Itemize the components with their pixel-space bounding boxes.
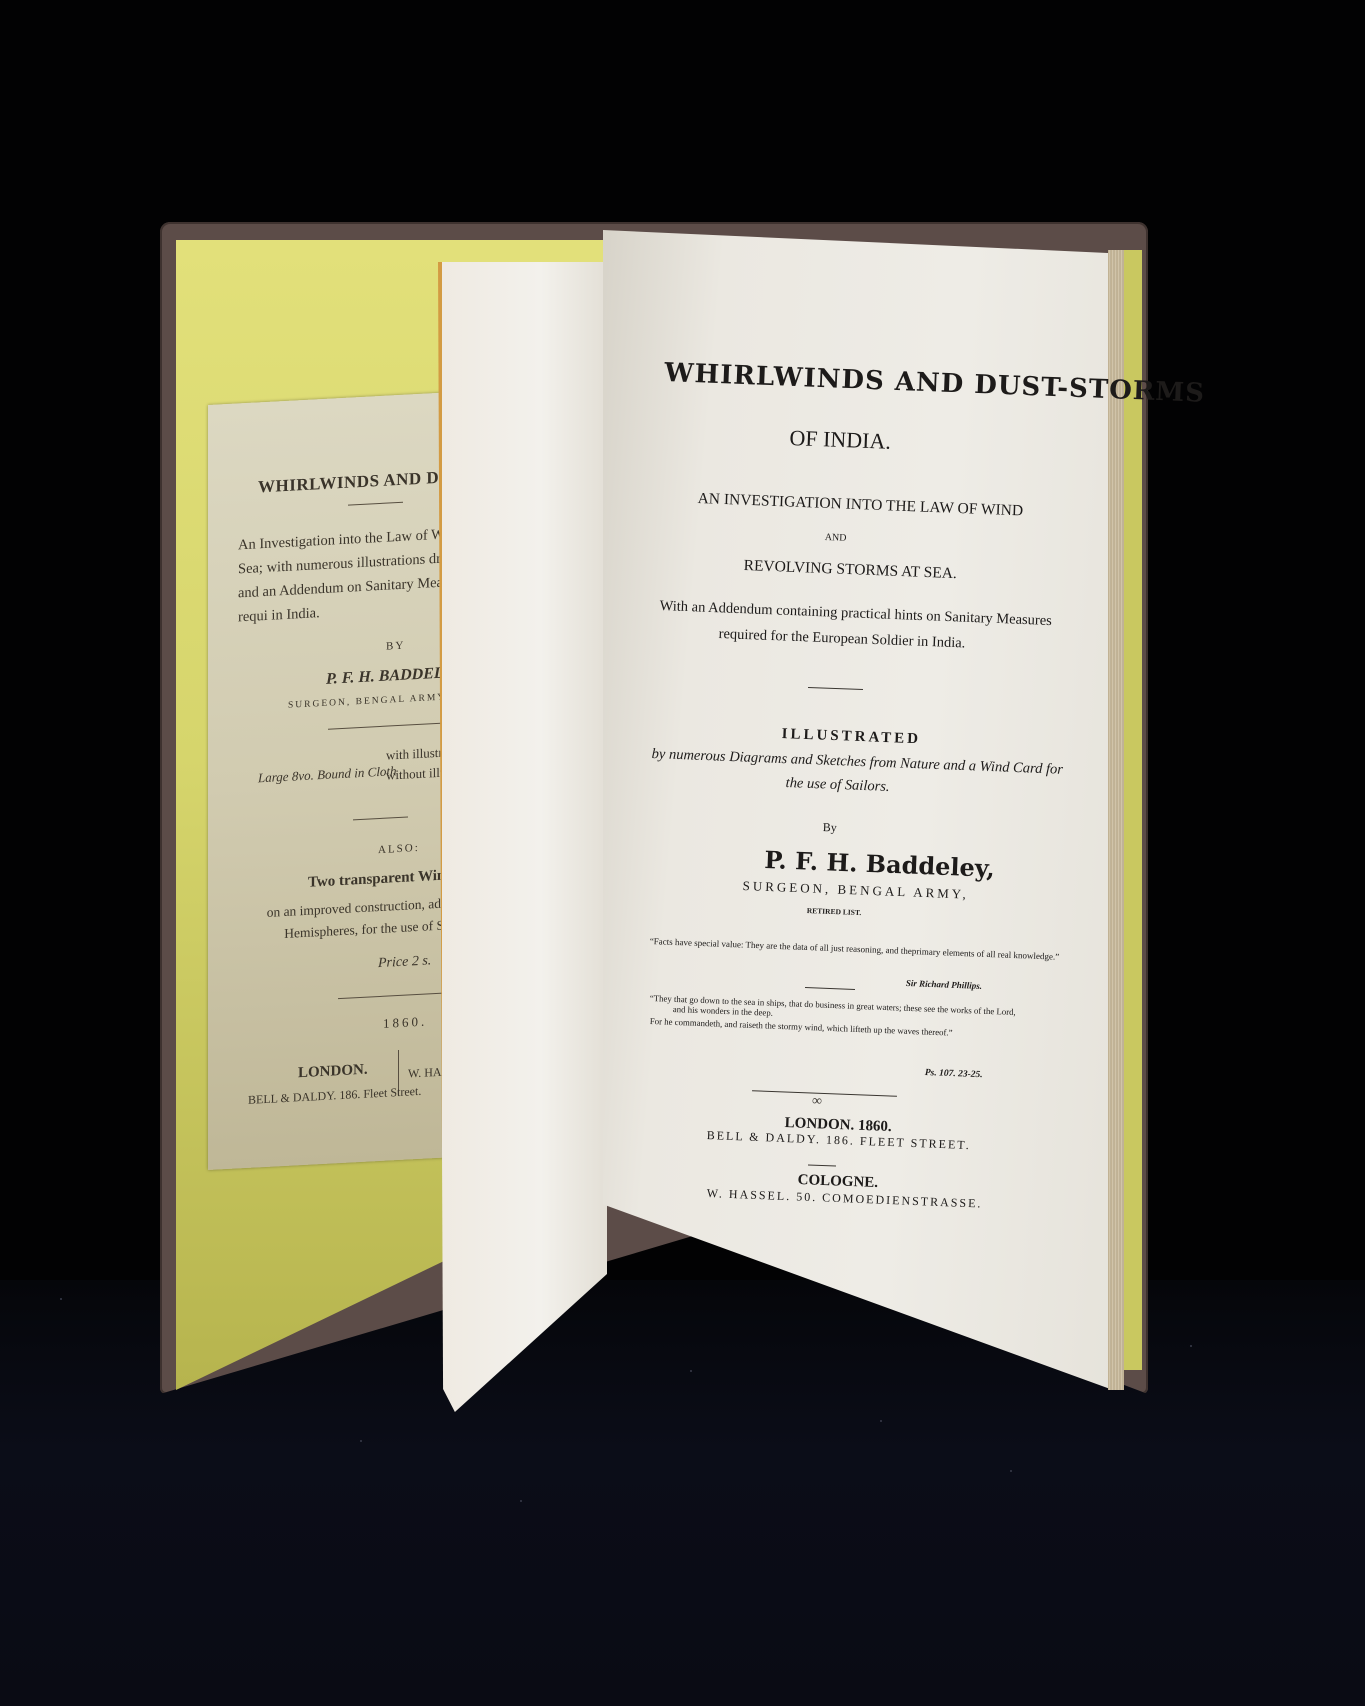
ad-cards-body: on an improved construction, adapted to … [234, 889, 453, 947]
ad-title: WHIRLWINDS AND DUST-STO [258, 464, 453, 497]
dust-speck [1010, 1470, 1012, 1472]
ad-body: An Investigation into the Law of Win at … [238, 520, 453, 630]
ad-author: P. F. H. BADDELI [326, 664, 450, 688]
ad-rule [338, 992, 448, 999]
ad-london: LONDON. [298, 1062, 368, 1083]
dust-speck [60, 1298, 62, 1300]
and-line: AND [825, 532, 847, 544]
advertisement-label: WHIRLWINDS AND DUST-STO An Investigation… [208, 392, 453, 1170]
ad-rule [328, 721, 453, 729]
page-edges [1108, 250, 1124, 1390]
by-line: By [822, 820, 837, 836]
dust-speck [880, 1420, 882, 1422]
ad-publisher: BELL & DALDY. 186. Fleet Street. [248, 1084, 421, 1108]
ad-with-option: with illustra [386, 744, 448, 763]
dust-speck [360, 1440, 362, 1442]
flyleaf-page [438, 262, 607, 1412]
ad-cards-title: Two transparent Wind Cards [308, 865, 453, 892]
dust-speck [690, 1370, 692, 1372]
dust-speck [520, 1500, 522, 1502]
ad-without-option: without illu [386, 765, 446, 784]
ad-wavy-rule [353, 817, 408, 821]
ad-price: Price 2 s. [378, 953, 431, 972]
book-subtitle: OF INDIA. [789, 425, 891, 455]
ad-by: BY [386, 640, 405, 653]
ad-flourish [348, 502, 403, 506]
dust-speck [1190, 1345, 1192, 1347]
ad-also: ALSO: [378, 842, 420, 856]
ad-rank: SURGEON, BENGAL ARMY, RET [288, 691, 453, 711]
flourish-ornament: ∞ [812, 1094, 823, 1110]
ad-year: 1860. [383, 1014, 427, 1032]
ad-binding: Large 8vo. Bound in Cloth [258, 763, 397, 786]
title-page [603, 230, 1113, 1390]
